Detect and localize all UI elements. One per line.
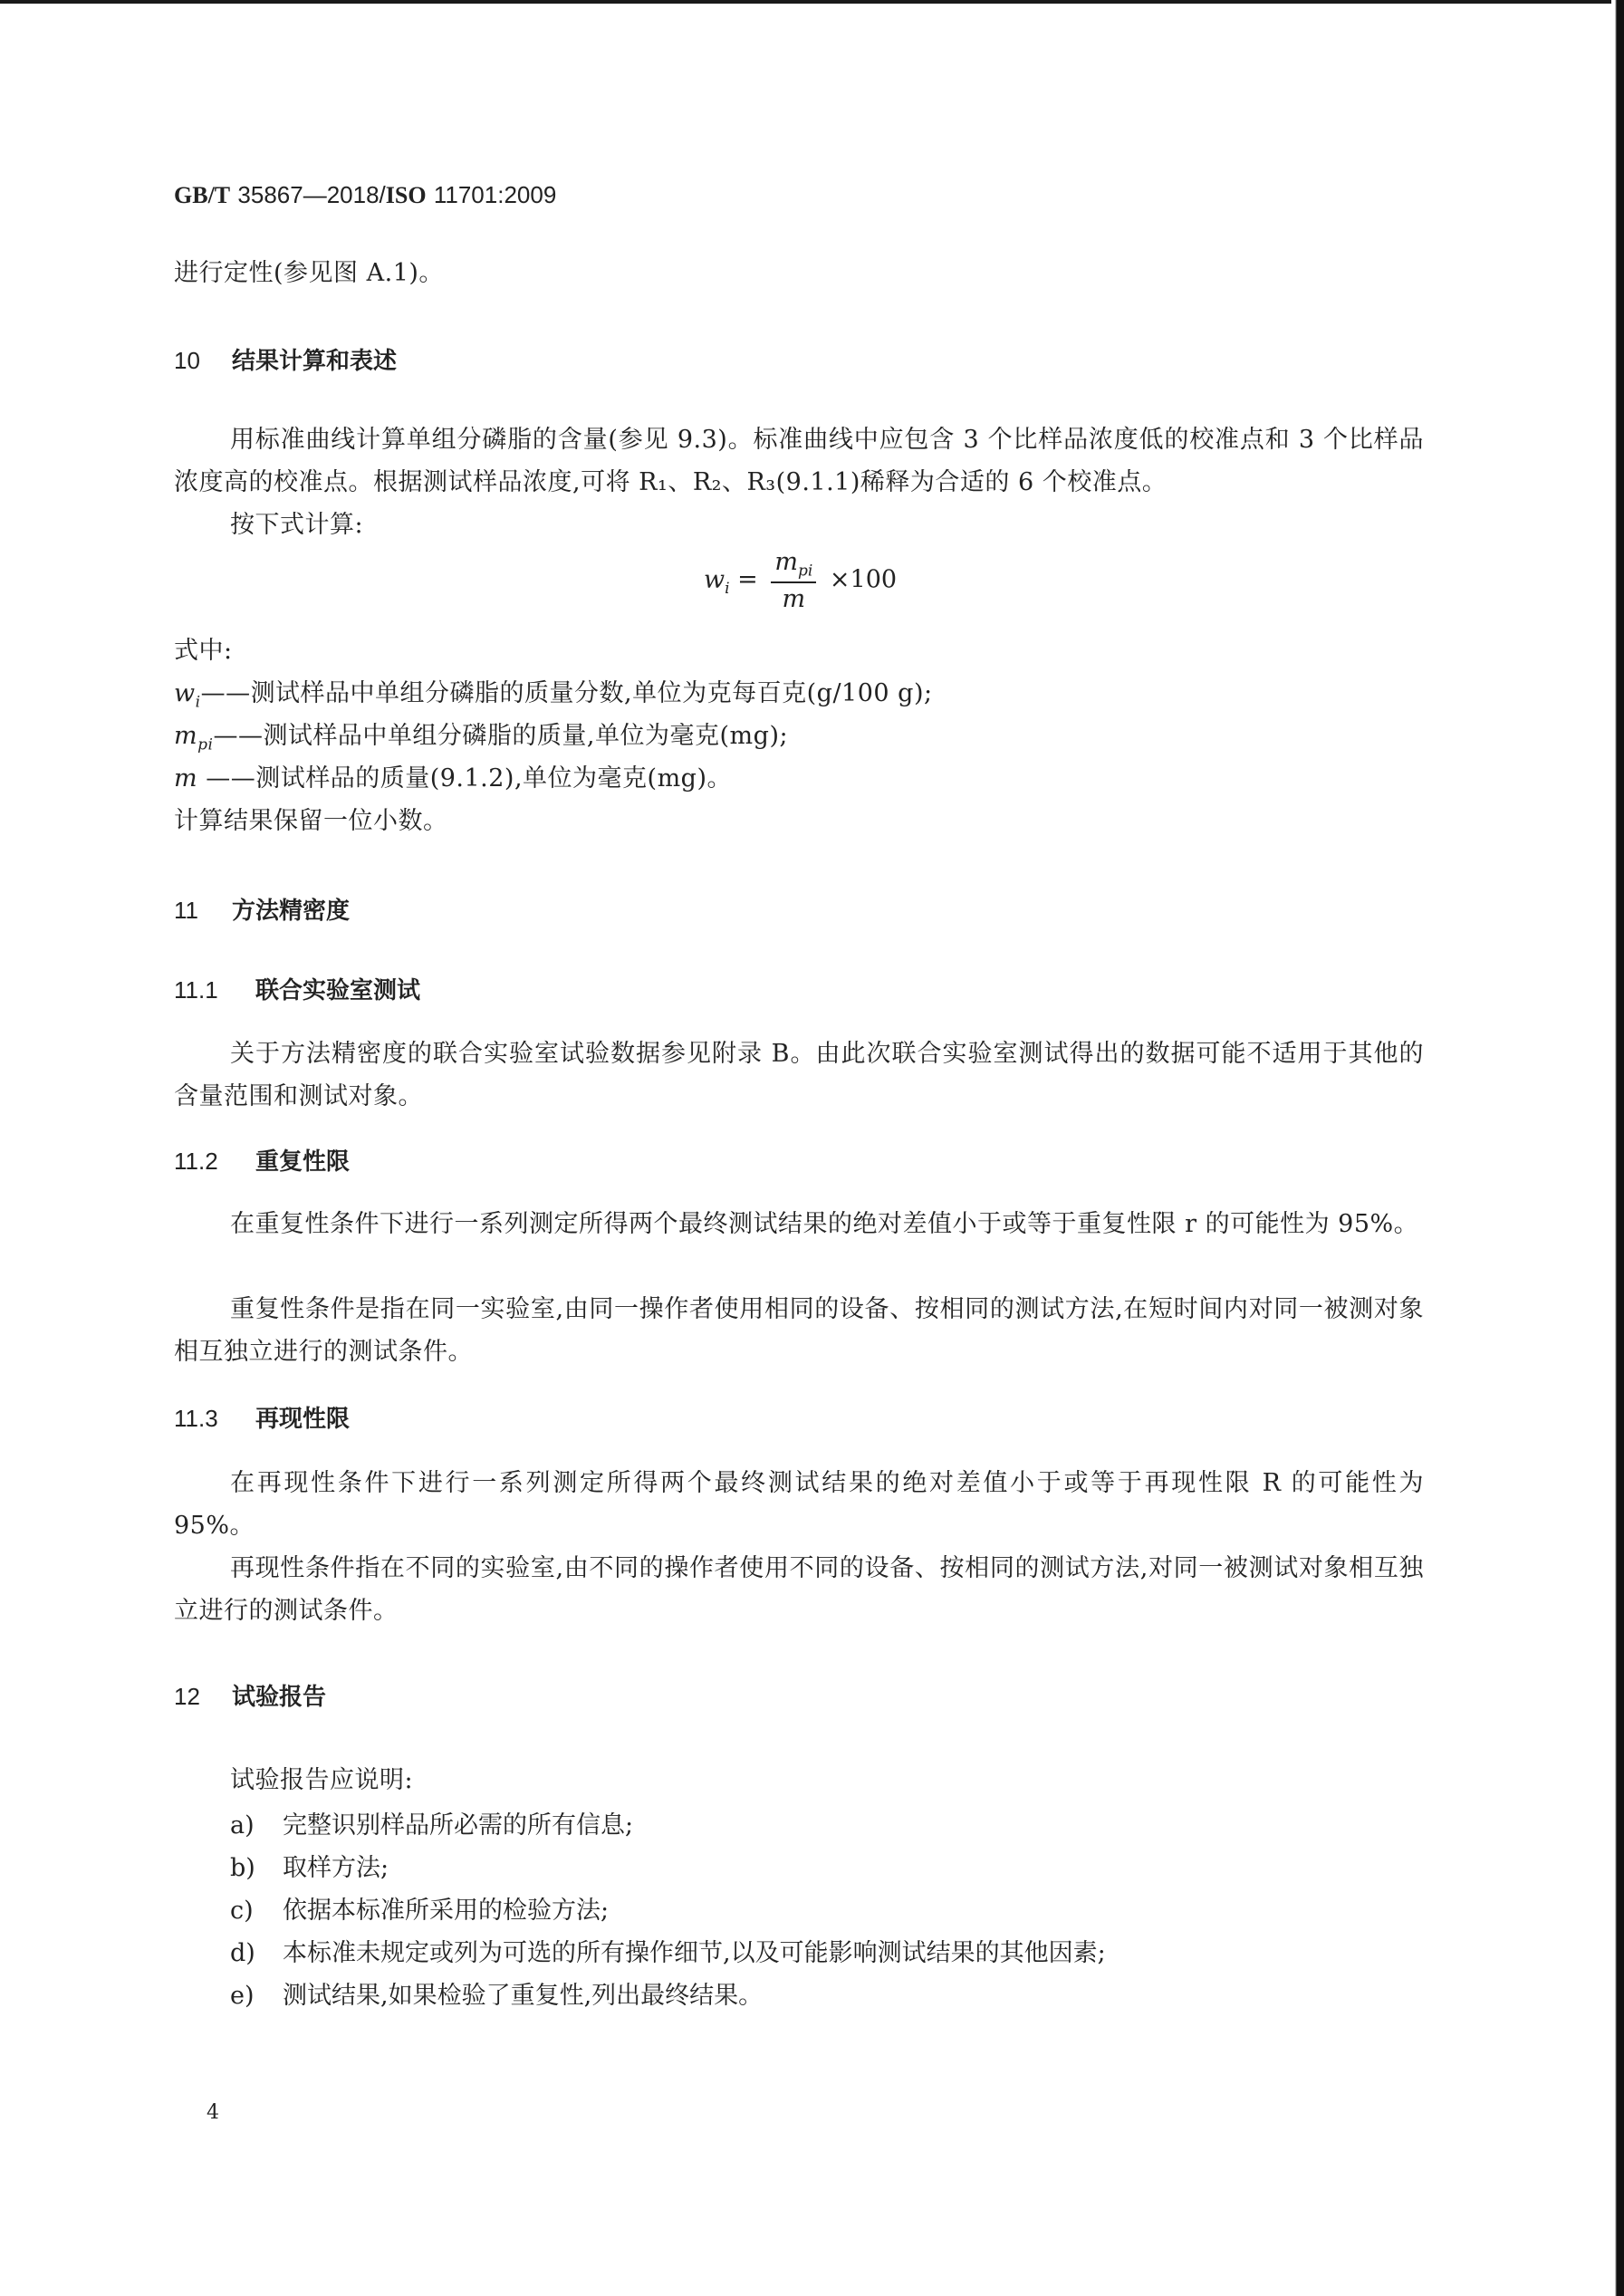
page-number: 4 xyxy=(207,2101,219,2124)
report-list-item: a)完整识别样品所必需的所有信息; xyxy=(230,1805,633,1840)
where-label: 式中: xyxy=(174,629,1424,672)
report-list-item: b)取样方法; xyxy=(230,1848,389,1883)
mass-fraction-formula: wi = mpi m ×100 xyxy=(704,548,897,613)
report-list-item: d)本标准未规定或列为可选的所有操作细节,以及可能影响测试结果的其他因素; xyxy=(230,1933,1106,1968)
report-list-item: c)依据本标准所采用的检验方法; xyxy=(230,1890,609,1926)
scan-edge-top xyxy=(0,0,1624,4)
formula-fraction: mpi m xyxy=(771,548,816,613)
report-list-item: e)测试结果,如果检验了重复性,列出最终结果。 xyxy=(230,1975,763,2011)
standard-code-header: GB/T 35867—2018/ISO 11701:2009 xyxy=(174,181,556,209)
section-12-heading: 12试验报告 xyxy=(174,1678,326,1712)
section-11-1-paragraph: 关于方法精密度的联合实验室试验数据参见附录 B。由此次联合实验室测试得出的数据可… xyxy=(174,1033,1424,1118)
section-11-3-heading: 11.3再现性限 xyxy=(174,1400,350,1434)
section-11-3-paragraph: 再现性条件指在不同的实验室,由不同的操作者使用不同的设备、按相同的测试方法,对同… xyxy=(174,1547,1424,1632)
section-11-1-heading: 11.1联合实验室测试 xyxy=(174,972,420,1005)
section-11-3-paragraph: 在再现性条件下进行一系列测定所得两个最终测试结果的绝对差值小于或等于再现性限 R… xyxy=(174,1462,1424,1547)
rounding-note: 计算结果保留一位小数。 xyxy=(174,800,1424,842)
continuation-text: 进行定性(参见图 A.1)。 xyxy=(174,252,1424,294)
section-10-paragraph: 用标准曲线计算单组分磷脂的含量(参见 9.3)。标准曲线中应包含 3 个比样品浓… xyxy=(174,418,1424,504)
section-11-2-paragraph: 重复性条件是指在同一实验室,由同一操作者使用相同的设备、按相同的测试方法,在短时… xyxy=(174,1288,1424,1373)
variable-definition: m ——测试样品的质量(9.1.2),单位为毫克(mg)。 xyxy=(174,757,1424,800)
scan-edge-right xyxy=(1611,0,1624,2296)
section-11-2-paragraph: 在重复性条件下进行一系列测定所得两个最终测试结果的绝对差值小于或等于重复性限 r… xyxy=(174,1203,1424,1245)
section-10-heading: 10结果计算和表述 xyxy=(174,342,397,376)
section-11-2-heading: 11.2重复性限 xyxy=(174,1143,350,1177)
report-intro: 试验报告应说明: xyxy=(174,1759,1424,1801)
formula-intro: 按下式计算: xyxy=(174,504,1424,546)
section-11-heading: 11方法精密度 xyxy=(174,892,350,926)
